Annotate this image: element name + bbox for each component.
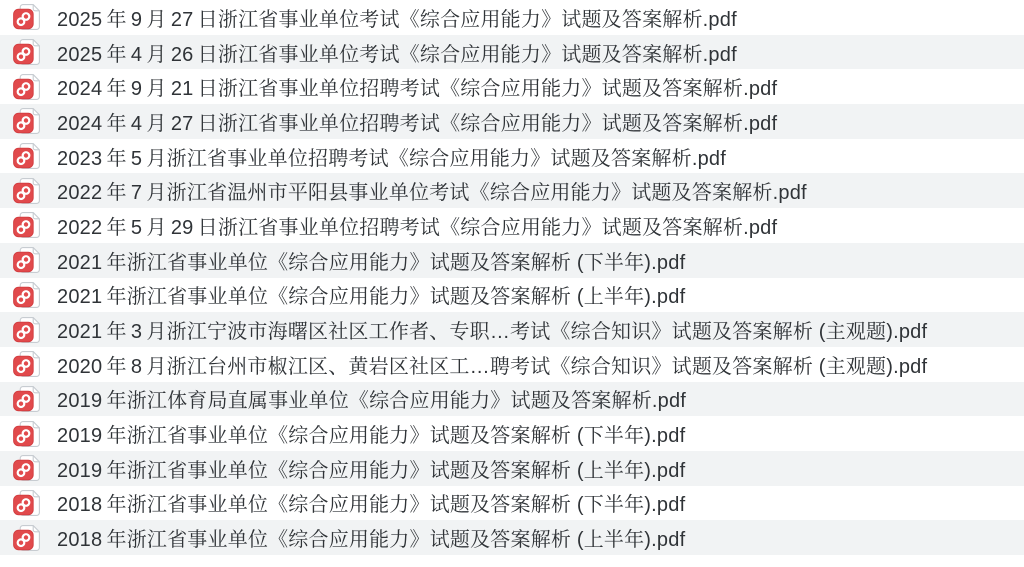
file-name: 2019 年浙江体育局直属事业单位《综合应用能力》试题及答案解析.pdf: [57, 384, 686, 413]
file-row[interactable]: 2023 年 5 月浙江省事业单位招聘考试《综合应用能力》试题及答案解析.pdf: [0, 139, 1024, 174]
file-row[interactable]: 2020 年 8 月浙江台州市椒江区、黄岩区社区工…聘考试《综合知识》试题及答案…: [0, 347, 1024, 382]
file-name: 2019 年浙江省事业单位《综合应用能力》试题及答案解析 (上半年).pdf: [57, 454, 685, 483]
file-name: 2021 年 3 月浙江宁波市海曙区社区工作者、专职…考试《综合知识》试题及答案…: [57, 315, 927, 344]
pdf-file-icon: [13, 211, 41, 239]
file-name: 2024 年 9 月 21 日浙江省事业单位招聘考试《综合应用能力》试题及答案解…: [57, 72, 777, 101]
file-name: 2024 年 4 月 27 日浙江省事业单位招聘考试《综合应用能力》试题及答案解…: [57, 107, 777, 136]
pdf-file-icon: [13, 73, 41, 101]
pdf-file-icon: [13, 281, 41, 309]
file-row[interactable]: 2018 年浙江省事业单位《综合应用能力》试题及答案解析 (上半年).pdf: [0, 520, 1024, 555]
file-row[interactable]: 2021 年浙江省事业单位《综合应用能力》试题及答案解析 (下半年).pdf: [0, 243, 1024, 278]
file-name: 2025 年 9 月 27 日浙江省事业单位考试《综合应用能力》试题及答案解析.…: [57, 3, 737, 32]
pdf-file-icon: [13, 177, 41, 205]
file-row[interactable]: 2019 年浙江体育局直属事业单位《综合应用能力》试题及答案解析.pdf: [0, 382, 1024, 417]
pdf-file-icon: [13, 3, 41, 31]
file-name: 2018 年浙江省事业单位《综合应用能力》试题及答案解析 (下半年).pdf: [57, 488, 685, 517]
pdf-file-icon: [13, 454, 41, 482]
pdf-file-icon: [13, 246, 41, 274]
file-name: 2021 年浙江省事业单位《综合应用能力》试题及答案解析 (上半年).pdf: [57, 280, 685, 309]
file-row[interactable]: 2022 年 7 月浙江省温州市平阳县事业单位考试《综合应用能力》试题及答案解析…: [0, 173, 1024, 208]
pdf-file-icon: [13, 420, 41, 448]
pdf-file-icon: [13, 385, 41, 413]
file-name: 2022 年 7 月浙江省温州市平阳县事业单位考试《综合应用能力》试题及答案解析…: [57, 176, 807, 205]
file-list: 2025 年 9 月 27 日浙江省事业单位考试《综合应用能力》试题及答案解析.…: [0, 0, 1024, 555]
file-row[interactable]: 2024 年 4 月 27 日浙江省事业单位招聘考试《综合应用能力》试题及答案解…: [0, 104, 1024, 139]
file-name: 2019 年浙江省事业单位《综合应用能力》试题及答案解析 (下半年).pdf: [57, 419, 685, 448]
file-name: 2022 年 5 月 29 日浙江省事业单位招聘考试《综合应用能力》试题及答案解…: [57, 211, 777, 240]
pdf-file-icon: [13, 142, 41, 170]
file-row[interactable]: 2021 年 3 月浙江宁波市海曙区社区工作者、专职…考试《综合知识》试题及答案…: [0, 312, 1024, 347]
file-row[interactable]: 2025 年 9 月 27 日浙江省事业单位考试《综合应用能力》试题及答案解析.…: [0, 0, 1024, 35]
file-name: 2021 年浙江省事业单位《综合应用能力》试题及答案解析 (下半年).pdf: [57, 246, 685, 275]
file-name: 2018 年浙江省事业单位《综合应用能力》试题及答案解析 (上半年).pdf: [57, 523, 685, 552]
file-row[interactable]: 2025 年 4 月 26 日浙江省事业单位考试《综合应用能力》试题及答案解析.…: [0, 35, 1024, 70]
file-name: 2023 年 5 月浙江省事业单位招聘考试《综合应用能力》试题及答案解析.pdf: [57, 142, 726, 171]
file-row[interactable]: 2022 年 5 月 29 日浙江省事业单位招聘考试《综合应用能力》试题及答案解…: [0, 208, 1024, 243]
pdf-file-icon: [13, 107, 41, 135]
pdf-file-icon: [13, 38, 41, 66]
file-name: 2020 年 8 月浙江台州市椒江区、黄岩区社区工…聘考试《综合知识》试题及答案…: [57, 350, 927, 379]
file-row[interactable]: 2021 年浙江省事业单位《综合应用能力》试题及答案解析 (上半年).pdf: [0, 278, 1024, 313]
file-row[interactable]: 2019 年浙江省事业单位《综合应用能力》试题及答案解析 (下半年).pdf: [0, 416, 1024, 451]
pdf-file-icon: [13, 524, 41, 552]
file-row[interactable]: 2024 年 9 月 21 日浙江省事业单位招聘考试《综合应用能力》试题及答案解…: [0, 69, 1024, 104]
pdf-file-icon: [13, 350, 41, 378]
file-name: 2025 年 4 月 26 日浙江省事业单位考试《综合应用能力》试题及答案解析.…: [57, 38, 737, 67]
pdf-file-icon: [13, 316, 41, 344]
file-row[interactable]: 2018 年浙江省事业单位《综合应用能力》试题及答案解析 (下半年).pdf: [0, 486, 1024, 521]
pdf-file-icon: [13, 489, 41, 517]
file-row[interactable]: 2019 年浙江省事业单位《综合应用能力》试题及答案解析 (上半年).pdf: [0, 451, 1024, 486]
